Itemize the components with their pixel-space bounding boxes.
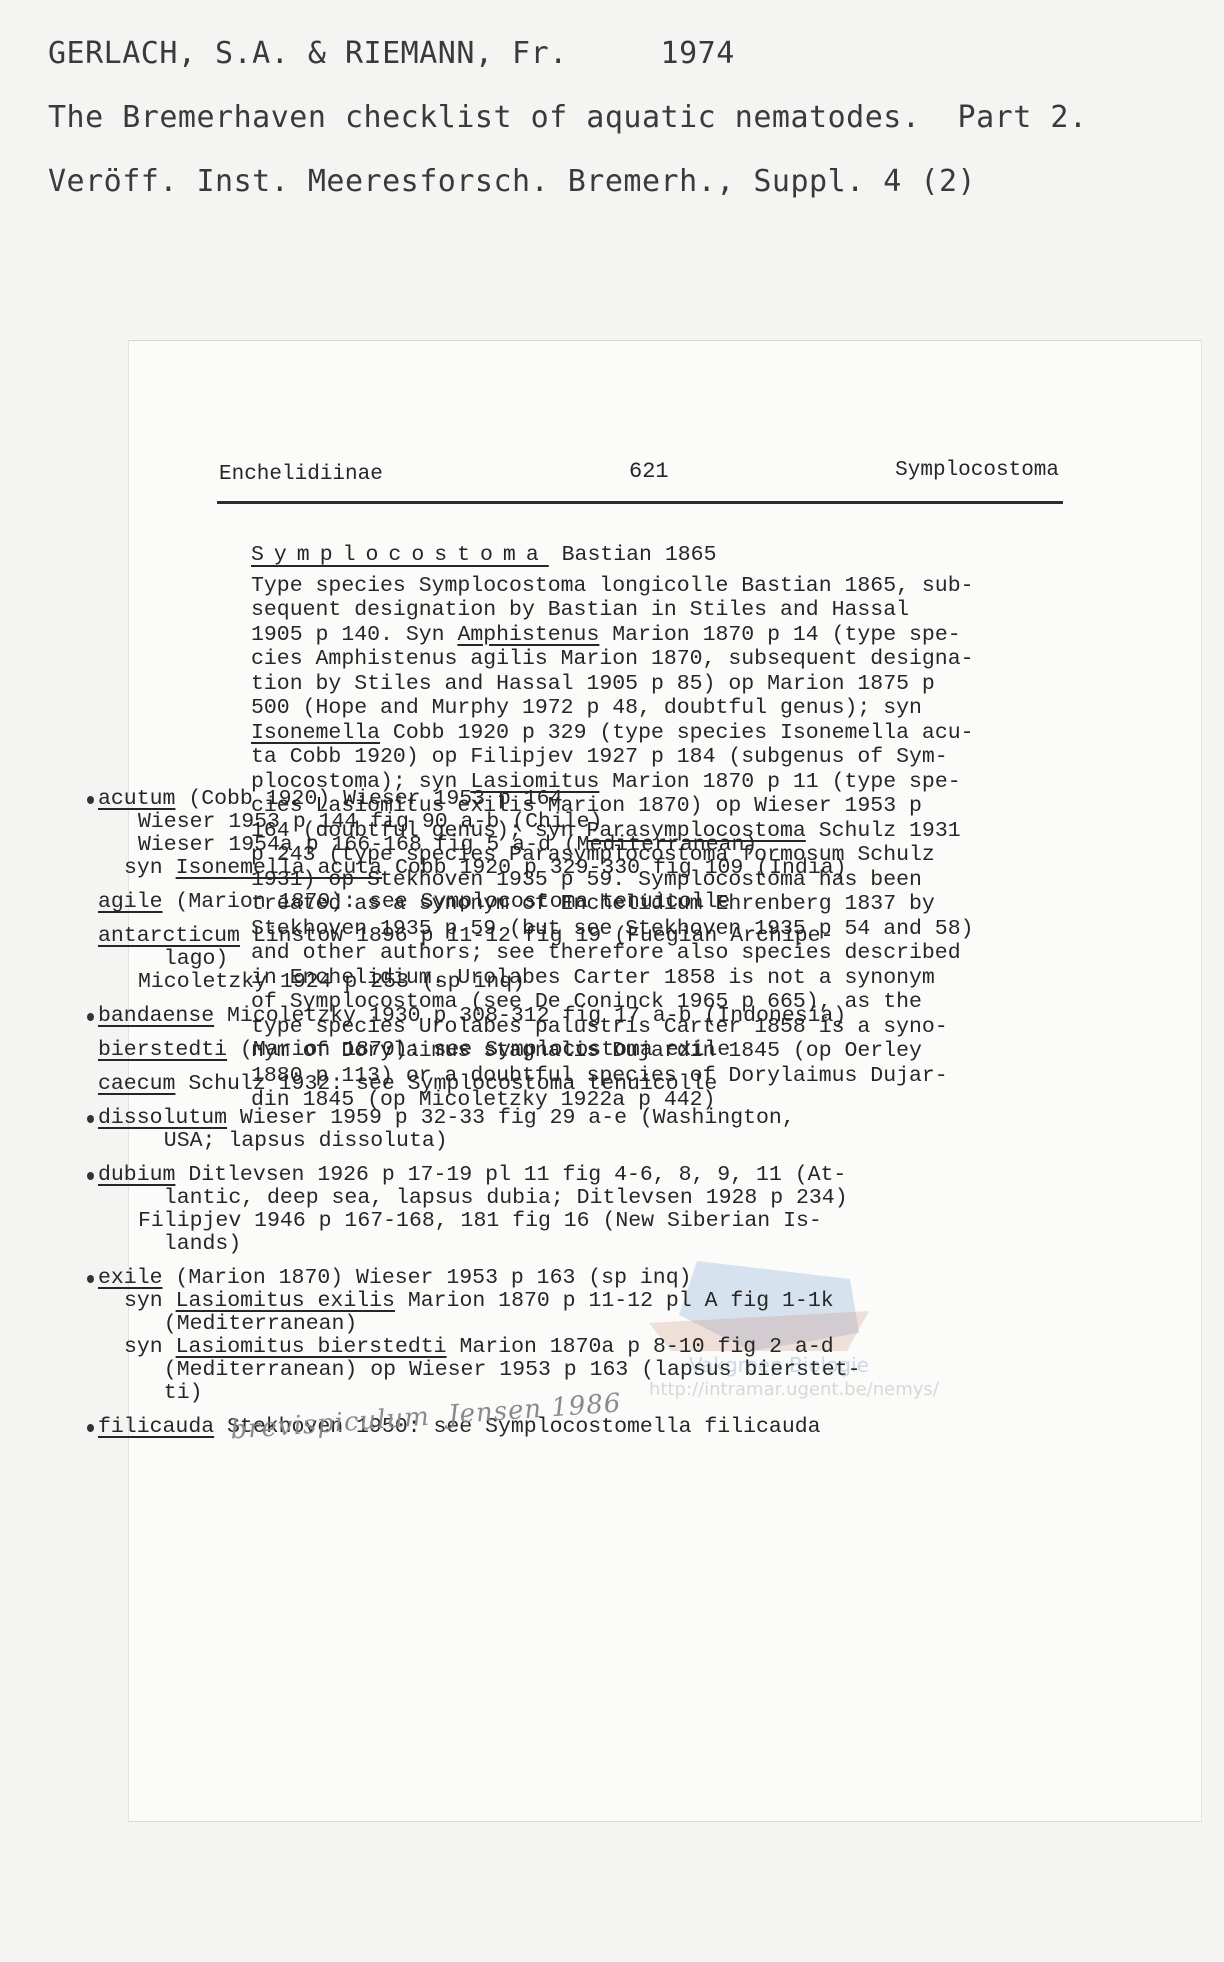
species-reference-line: (Mediterranean) op Wieser 1953 p 163 (la… <box>88 1359 948 1382</box>
species-entry: dubium Ditlevsen 1926 p 17-19 pl 11 fig … <box>88 1164 948 1256</box>
species-reference-line: Wieser 1954a p 166-168 fig 5 a-d (Medite… <box>88 834 948 857</box>
species-name: dissolutum <box>98 1106 227 1130</box>
species-entry: bandaense Micoletzky 1930 p 308-312 fig … <box>88 1005 948 1028</box>
species-name: bierstedti <box>98 1038 227 1062</box>
citation-title: The Bremerhaven checklist of aquatic nem… <box>48 100 1087 135</box>
species-citation: Ditlevsen 1926 p 17-19 pl 11 fig 4-6, 8,… <box>175 1163 846 1187</box>
description-line: cies Amphistenus agilis Marion 1870, sub… <box>251 647 1071 672</box>
species-reference-line: syn Lasiomitus bierstedti Marion 1870a p… <box>88 1336 948 1359</box>
description-line: ta Cobb 1920) op Filipjev 1927 p 184 (su… <box>251 745 1071 770</box>
citation-authors: GERLACH, S.A. & RIEMANN, Fr. <box>48 36 568 71</box>
synonym-name: Lasiomitus exilis <box>176 1289 395 1313</box>
bullet-mark-icon <box>87 1013 94 1021</box>
bullet-mark-icon <box>87 1424 94 1432</box>
running-head: Enchelidiinae 621 Symplocostoma <box>219 463 1059 503</box>
description-line: sequent designation by Bastian in Stiles… <box>251 598 1071 623</box>
citation-header: GERLACH, S.A. & RIEMANN, Fr. 1974 The Br… <box>0 0 1224 300</box>
species-entry: bierstedti (Marion 1870): see Symplocost… <box>88 1039 948 1062</box>
species-entry: caecum Schulz 1932: see Symplocostoma te… <box>88 1073 948 1096</box>
species-name: dubium <box>98 1163 175 1187</box>
species-citation: (Cobb 1920) Wieser 1953 p 164 <box>175 787 562 811</box>
page-number: 621 <box>629 459 669 484</box>
species-reference-line: Wieser 1953 p 144 fig 90 a-b (Chile) <box>88 811 948 834</box>
species-reference-line: Micoletzky 1924 p 253 (sp inq) <box>88 971 948 994</box>
species-name: acutum <box>98 787 175 811</box>
description-line: 1905 p 140. Syn Amphistenus Marion 1870 … <box>251 623 1071 648</box>
genus-name: Symplocostoma <box>251 543 549 567</box>
species-entry: acutum (Cobb 1920) Wieser 1953 p 164Wies… <box>88 788 948 880</box>
species-citation: (Marion 1870): see Symplocostoma exile <box>227 1038 730 1062</box>
species-entry: agile (Marion 1870): see Symplocostoma t… <box>88 891 948 914</box>
citation-authors-line: GERLACH, S.A. & RIEMANN, Fr. 1974 <box>48 36 735 71</box>
species-heading: exile (Marion 1870) Wieser 1953 p 163 (s… <box>88 1267 948 1290</box>
bullet-mark-icon <box>87 1172 94 1180</box>
species-entry: dissolutum Wieser 1959 p 32-33 fig 29 a-… <box>88 1107 948 1153</box>
genus-author: Bastian 1865 <box>562 543 717 567</box>
species-citation: Linstow 1896 p 11-12 fig 19 (Fuegian Arc… <box>240 924 834 948</box>
species-citation: Wieser 1959 p 32-33 fig 29 a-e (Washingt… <box>227 1106 795 1130</box>
synonym-genus: Isonemella <box>251 721 380 745</box>
species-heading: caecum Schulz 1932: see Symplocostoma te… <box>88 1073 948 1096</box>
description-line: Type species Symplocostoma longicolle Ba… <box>251 574 1071 599</box>
citation-journal: Veröff. Inst. Meeresforsch. Bremerh., Su… <box>48 164 976 199</box>
species-name: agile <box>98 890 163 914</box>
species-entry: exile (Marion 1870) Wieser 1953 p 163 (s… <box>88 1267 948 1405</box>
species-citation: (Marion 1870): see Symplocostoma tenuico… <box>163 890 731 914</box>
synonym-name: Lasiomitus bierstedti <box>176 1335 447 1359</box>
genus-title: Symplocostoma Bastian 1865 <box>251 543 1071 568</box>
species-reference-line: (Mediterranean) <box>88 1313 948 1336</box>
running-head-genus: Symplocostoma <box>895 459 1059 482</box>
description-line: tion by Stiles and Hassal 1905 p 85) op … <box>251 672 1071 697</box>
species-reference-line: lands) <box>88 1233 948 1256</box>
citation-year: 1974 <box>661 36 735 71</box>
species-name: antarcticum <box>98 924 240 948</box>
species-name: exile <box>98 1266 163 1290</box>
species-citation: Micoletzky 1930 p 308-312 fig 17 a-b (In… <box>214 1004 846 1028</box>
species-citation: (Marion 1870) Wieser 1953 p 163 (sp inq) <box>163 1266 692 1290</box>
species-reference-line: lantic, deep sea, lapsus dubia; Ditlevse… <box>88 1187 948 1210</box>
species-heading: bierstedti (Marion 1870): see Symplocost… <box>88 1039 948 1062</box>
species-heading: antarcticum Linstow 1896 p 11-12 fig 19 … <box>88 925 948 948</box>
species-heading: dubium Ditlevsen 1926 p 17-19 pl 11 fig … <box>88 1164 948 1187</box>
header-rule <box>217 501 1063 504</box>
synonym-genus: Amphistenus <box>457 623 599 647</box>
species-name: caecum <box>98 1072 175 1096</box>
description-line: Isonemella Cobb 1920 p 329 (type species… <box>251 721 1071 746</box>
species-entry: antarcticum Linstow 1896 p 11-12 fig 19 … <box>88 925 948 994</box>
species-heading: agile (Marion 1870): see Symplocostoma t… <box>88 891 948 914</box>
species-name: bandaense <box>98 1004 214 1028</box>
species-reference-line: Filipjev 1946 p 167-168, 181 fig 16 (New… <box>88 1210 948 1233</box>
species-heading: bandaense Micoletzky 1930 p 308-312 fig … <box>88 1005 948 1028</box>
species-heading: dissolutum Wieser 1959 p 32-33 fig 29 a-… <box>88 1107 948 1130</box>
species-name: filicauda <box>98 1415 214 1439</box>
running-head-subfamily: Enchelidiinae <box>219 463 383 486</box>
species-citation: Schulz 1932: see Symplocostoma tenuicoll… <box>175 1072 717 1096</box>
description-line: 500 (Hope and Murphy 1972 p 48, doubtful… <box>251 696 1071 721</box>
species-heading: acutum (Cobb 1920) Wieser 1953 p 164 <box>88 788 948 811</box>
bullet-mark-icon <box>87 796 94 804</box>
species-reference-line: syn Lasiomitus exilis Marion 1870 p 11-1… <box>88 1290 948 1313</box>
species-reference-line: USA; lapsus dissoluta) <box>88 1130 948 1153</box>
species-list: acutum (Cobb 1920) Wieser 1953 p 164Wies… <box>88 788 948 1450</box>
synonym-name: Isonemella acuta <box>176 856 382 880</box>
bullet-mark-icon <box>87 1275 94 1283</box>
species-reference-line: syn Isonemella acuta Cobb 1920 p 329-330… <box>88 857 948 880</box>
bullet-mark-icon <box>87 1115 94 1123</box>
species-reference-line: lago) <box>88 948 948 971</box>
